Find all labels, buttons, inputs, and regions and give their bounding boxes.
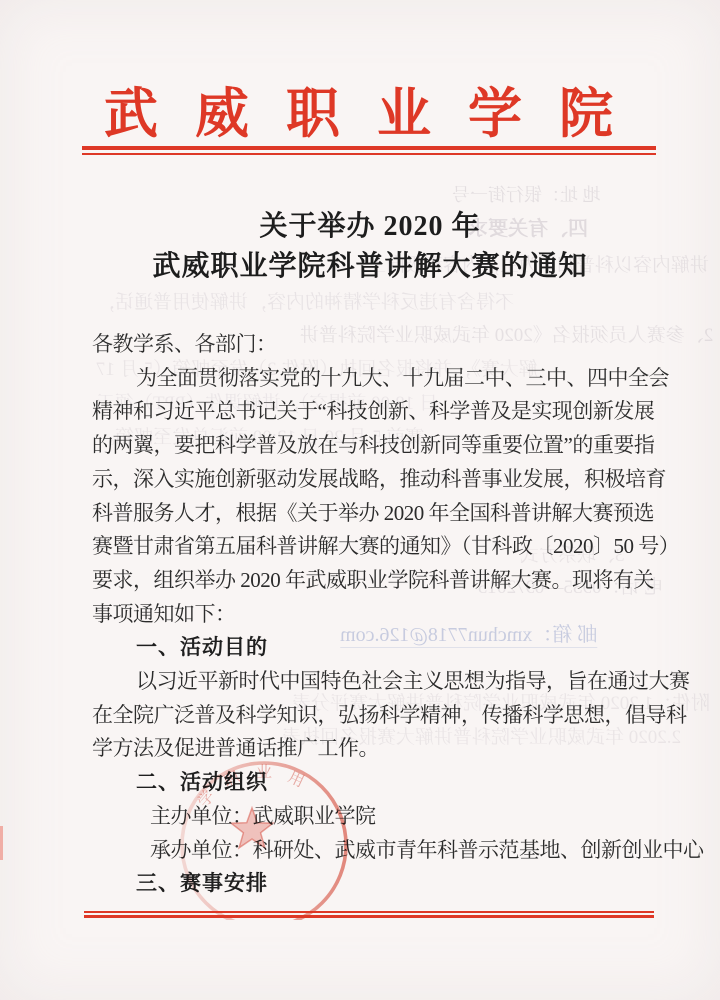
document-title: 关于举办 2020 年 武威职业学院科普讲解大赛的通知 (80, 207, 660, 287)
body-section-heading: 一、活动目的 (92, 631, 682, 665)
body-line: 科普服务人才，根据《关于举办 2020 年全国科普讲解大赛预选 (92, 497, 682, 531)
document-title-line2: 武威职业学院科普讲解大赛的通知 (80, 247, 660, 287)
body-line: 要求，组织举办 2020 年武威职业学院科普讲解大赛。现将有关 (92, 564, 682, 598)
scanned-document-page: 地 址：银行街一号四、有关要求1、讲解内容以科普知识为主，内容积极向上，不得含有… (0, 0, 720, 1000)
footer-rule-thick (84, 915, 654, 918)
letterhead-school-name: 武威职业学院 (104, 84, 650, 144)
ghost-bleed-line: 不得含有违反科学精神的内容，讲解使用普通话， (96, 287, 514, 314)
seal-rim-char: 学 (194, 787, 218, 811)
seal-circle (182, 763, 346, 920)
body-line: 赛暨甘肃省第五届科普讲解大赛的通知》（甘科政〔2020〕50 号） (92, 530, 682, 564)
footer-rule-thin (84, 911, 654, 913)
scan-edge-streak (0, 826, 3, 860)
seal-rim-char: 职 (221, 768, 244, 791)
body-line: 为全面贯彻落实党的十九大、十九届二中、三中、四中全会 (92, 362, 682, 396)
body-line: 在全院广泛普及科学知识，弘扬科学精神，传播科学思想，倡导科 (92, 699, 682, 733)
body-line: 各教学系、各部门： (92, 328, 682, 362)
official-seal: 学职业用 (130, 740, 370, 920)
seal-rim-char: 业 (256, 763, 272, 781)
body-line: 的两翼，要把科学普及放在与科技创新同等重要位置”的重要指 (92, 429, 682, 463)
letterhead-rule-thick (82, 146, 656, 150)
body-line: 以习近平新时代中国特色社会主义思想为指导，旨在通过大赛 (92, 665, 682, 699)
ghost-bleed-line: 地 址：银行街一号 (452, 181, 601, 207)
seal-rim-characters: 学职业用 (194, 763, 307, 811)
document-title-line1: 关于举办 2020 年 (80, 207, 660, 247)
body-line: 示，深入实施创新驱动发展战略，推动科普事业发展，积极培育 (92, 463, 682, 497)
seal-star-icon (231, 808, 273, 848)
body-line: 精神和习近平总书记关于“科技创新、科学普及是实现创新发展 (92, 395, 682, 429)
body-line: 事项通知如下： (92, 598, 682, 632)
letterhead-rule-thin (82, 153, 656, 155)
